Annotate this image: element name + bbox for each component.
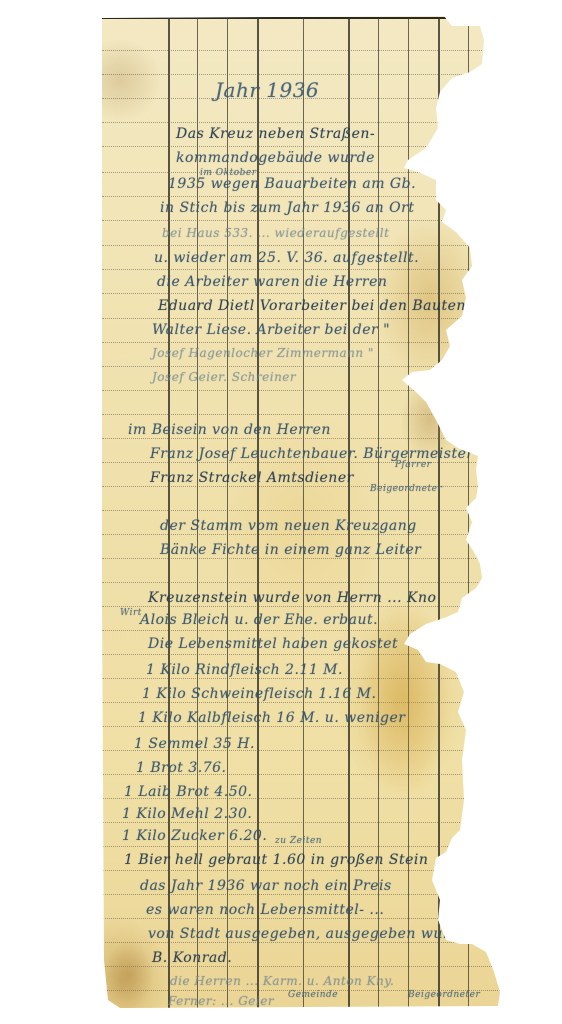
handwritten-annotation: Gemeinde xyxy=(288,990,338,1000)
handwritten-annotation: zu Zeiten xyxy=(275,836,322,846)
row-rule xyxy=(102,269,502,270)
handwritten-line: Das Kreuz neben Straßen- xyxy=(176,126,375,142)
row-rule xyxy=(102,630,502,631)
handwritten-line: die Arbeiter waren die Herren xyxy=(157,274,387,290)
document-scan: Jahr 1936 Das Kreuz neben Straßen- komma… xyxy=(0,0,562,1024)
row-rule xyxy=(102,918,502,919)
row-rule xyxy=(102,822,502,823)
water-stain xyxy=(104,940,154,1010)
document-title: Jahr 1936 xyxy=(215,78,319,102)
aged-ledger-paper: Jahr 1936 Das Kreuz neben Straßen- komma… xyxy=(0,0,562,1024)
handwritten-line: im Beisein von den Herren xyxy=(128,422,331,438)
handwritten-line: Eduard Dietl Vorarbeiter bei den Bauten xyxy=(158,298,466,314)
handwritten-line: Franz Strackel Amtsdiener xyxy=(150,470,354,486)
handwritten-line: von Stadt ausgegeben, ausgegeben wurde xyxy=(148,926,468,942)
row-rule xyxy=(102,534,502,535)
row-rule xyxy=(102,438,502,439)
row-rule xyxy=(102,894,502,895)
handwritten-line: 1935 wegen Bauarbeiten am Gb. xyxy=(168,176,416,192)
row-rule xyxy=(102,942,502,943)
handwritten-signature: B. Konrad. xyxy=(152,950,232,966)
handwritten-line: in Stich bis zum Jahr 1936 an Ort xyxy=(160,200,414,216)
handwritten-line: Josef Hagenlocher Zimmermann " xyxy=(152,346,374,360)
handwritten-annotation: Pfarrer xyxy=(395,460,432,470)
row-rule xyxy=(102,220,502,221)
row-rule xyxy=(102,196,502,197)
handwritten-line: die Herren ... Karm. u. Anton Kny. xyxy=(170,974,394,988)
row-rule xyxy=(102,366,502,367)
row-rule xyxy=(102,390,502,391)
handwritten-line: Walter Liese. Arbeiter bei der " xyxy=(152,322,390,338)
column-rule xyxy=(468,18,469,1008)
handwritten-line: es waren noch Lebensmittel- ... xyxy=(146,902,384,918)
row-rule xyxy=(102,318,502,319)
row-rule xyxy=(102,654,502,655)
row-rule xyxy=(102,462,502,463)
row-rule xyxy=(102,245,502,246)
row-rule xyxy=(102,74,502,75)
handwritten-annotation: Beigeordneter xyxy=(408,990,480,1000)
row-rule xyxy=(102,146,502,147)
row-rule xyxy=(102,726,502,727)
handwritten-line: kommandogebäude wurde xyxy=(176,150,375,166)
row-rule xyxy=(102,966,502,967)
handwritten-line: Die Lebensmittel haben gekostet xyxy=(148,636,398,652)
handwritten-line: 1 Kilo Mehl 2.30. xyxy=(122,806,252,822)
handwritten-annotation: Wirt xyxy=(120,608,142,618)
handwritten-line: Josef Geier. Schreiner xyxy=(152,370,296,384)
handwritten-line: 1 Kilo Schweinefleisch 1.16 M. xyxy=(142,686,376,702)
row-rule xyxy=(102,582,502,583)
row-rule xyxy=(102,414,502,415)
handwritten-line: 1 Kilo Rindfleisch 2.11 M. xyxy=(146,662,343,678)
handwritten-line: 1 Kilo Zucker 6.20. xyxy=(122,828,267,844)
row-rule xyxy=(102,172,502,173)
row-rule xyxy=(102,870,502,871)
handwritten-line: Bänke Fichte in einem ganz Leiter xyxy=(160,542,421,558)
handwritten-annotation: Beigeordneter xyxy=(370,484,442,494)
row-rule xyxy=(102,678,502,679)
row-rule xyxy=(102,342,502,343)
handwritten-line: 1 Kilo Kalbfleisch 16 M. u. weniger xyxy=(138,710,405,726)
handwritten-line: bei Haus 533. ... wiederaufgestellt xyxy=(162,226,389,240)
handwritten-line: 1 Laib Brot 4.50. xyxy=(124,784,253,800)
row-rule xyxy=(102,293,502,294)
handwritten-line: Ferner: ... Geier xyxy=(168,994,274,1008)
row-rule xyxy=(102,122,502,123)
row-rule xyxy=(102,510,502,511)
handwritten-line: 1 Brot 3.76. xyxy=(136,760,226,776)
handwritten-line: das Jahr 1936 war noch ein Preis xyxy=(140,878,392,894)
row-rule xyxy=(102,50,502,51)
handwritten-line: Kreuzenstein wurde von Herrn ... Kno xyxy=(148,590,436,606)
row-rule xyxy=(102,846,502,847)
handwritten-line: 1 Semmel 35 H. xyxy=(134,736,255,752)
row-rule xyxy=(102,558,502,559)
column-rule xyxy=(438,18,440,1008)
handwritten-line: u. wieder am 25. V. 36. aufgestellt. xyxy=(154,250,419,266)
top-rule xyxy=(102,17,446,19)
row-rule xyxy=(102,702,502,703)
handwritten-line: 1 Bier hell gebraut 1.60 in großen Stein xyxy=(124,852,428,868)
handwritten-line: der Stamm vom neuen Kreuzgang xyxy=(160,518,417,534)
handwritten-line: Alois Bleich u. der Ehe. erbaut. xyxy=(140,612,378,628)
row-rule xyxy=(102,606,502,607)
